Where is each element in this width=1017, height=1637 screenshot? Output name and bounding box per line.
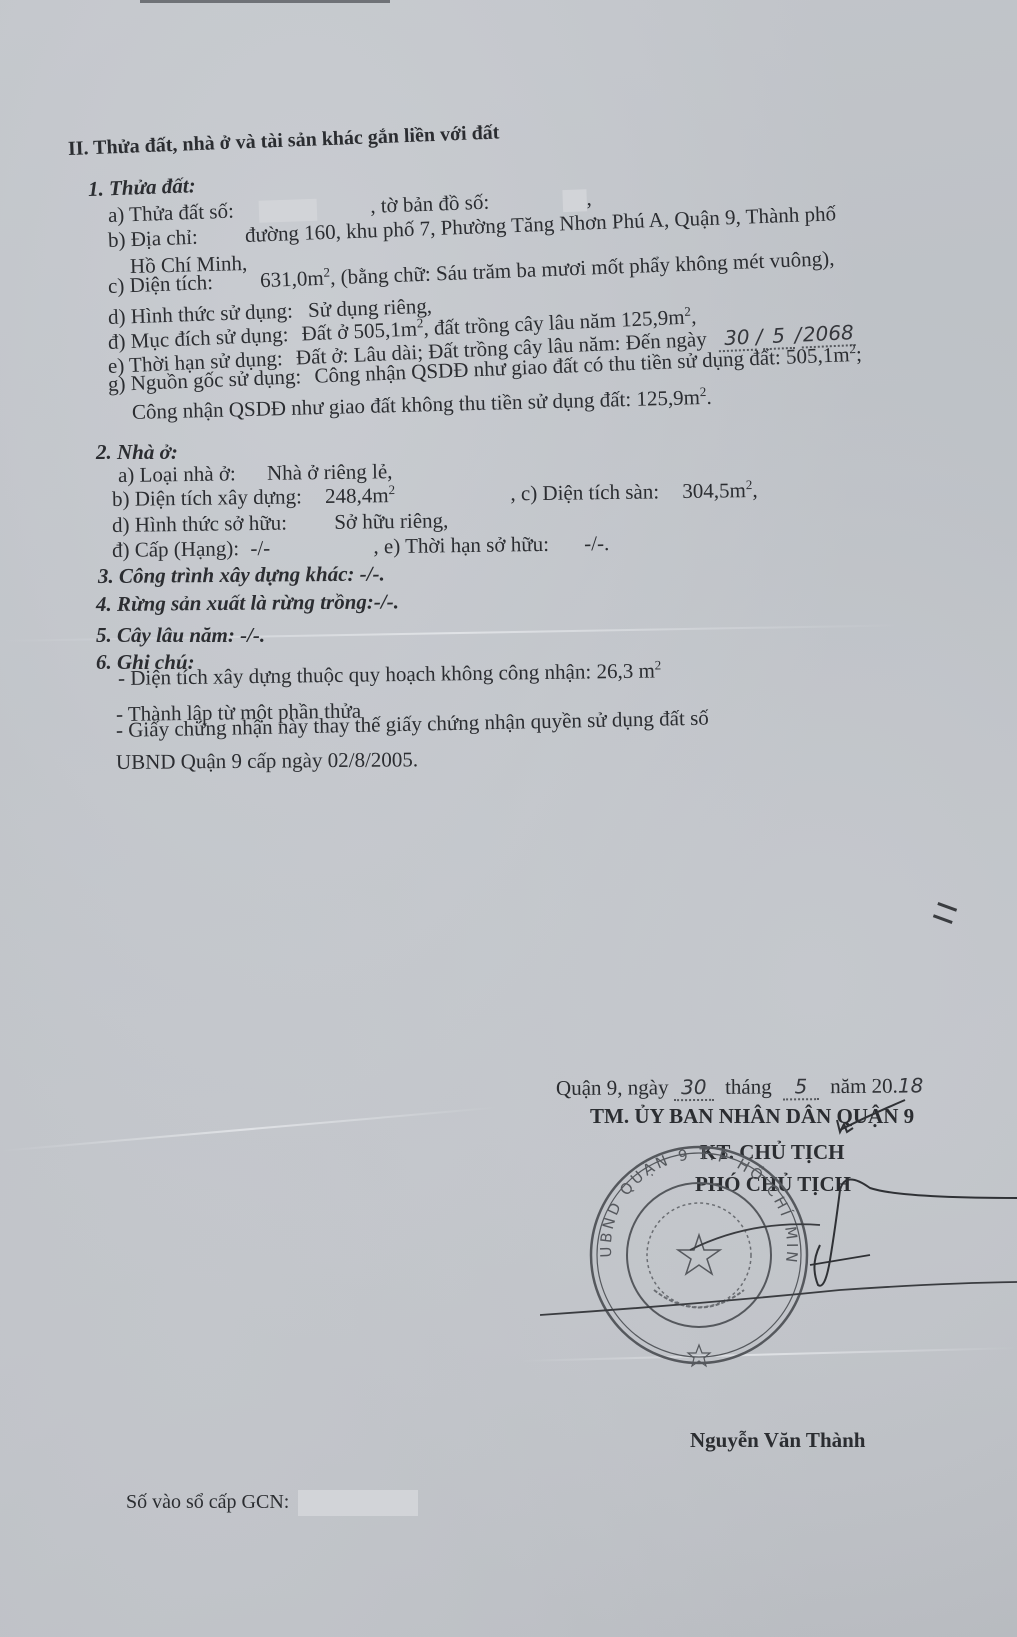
registry-row: Số vào sổ cấp GCN: [126,1490,418,1516]
grade-value: -/- [250,536,270,560]
ownership-term-value: -/-. [584,531,609,555]
ownership-term-label: , e) Thời hạn sở hữu: [373,532,549,558]
floor-area-value: 304,5m2, [682,478,758,503]
page-top-edge [140,0,390,3]
area-label: c) Diện tích: [108,270,214,298]
house-heading: 2. Nhà ở: [96,440,178,464]
note-item: - Diện tích xây dựng thuộc quy hoạch khô… [118,658,662,690]
registry-label: Số vào sổ cấp GCN: [126,1491,289,1513]
floor-area-label: , c) Diện tích sàn: [510,479,659,505]
section-heading: II. Thửa đất, nhà ở và tài sản khác gắn … [68,120,500,161]
production-forest: 4. Rừng sản xuất là rừng trồng:-/-. [96,589,399,616]
area-value: 631,0m2 [260,265,331,292]
land-heading: 1. Thửa đất: [88,173,196,201]
ownership-form-row: d) Hình thức sở hữu: Sở hữu riêng, [112,508,449,537]
fold-crease [0,1106,498,1152]
signer-name: Nguyễn Văn Thành [690,1428,865,1452]
ownership-form-label: d) Hình thức sở hữu: [112,511,287,537]
parcel-number-redacted [259,199,318,223]
other-construction: 3. Công trình xây dựng khác: -/-. [98,561,385,588]
construction-area-value: 248,4m2 [325,483,395,508]
map-sheet-suffix: , [586,186,592,210]
certificate-page: II. Thửa đất, nhà ở và tài sản khác gắn … [0,0,1017,1637]
map-sheet-number-redacted [562,189,587,212]
note-continuation: UBND Quận 9 cấp ngày 02/8/2005. [116,747,418,774]
house-type-value: Nhà ở riêng lẻ, [267,459,393,485]
construction-area-label: b) Diện tích xây dựng: [112,484,302,511]
grade-label: đ) Cấp (Hạng): [112,536,239,562]
map-sheet-label: , tờ bản đồ số: [370,190,490,218]
registry-number-redacted [298,1490,418,1516]
parcel-label: a) Thửa đất số: [108,199,235,227]
ink-mark [933,902,957,924]
ownership-form-value: Sở hữu riêng, [334,508,448,534]
address-label: b) Địa chỉ: [108,225,199,252]
house-type-label: a) Loại nhà ở: [118,461,236,487]
perennial-trees: 5. Cây lâu năm: -/-. [96,623,265,647]
handwritten-signature-icon [540,1090,1017,1330]
area-words: , (bằng chữ: Sáu trăm ba mươi mốt phẩy k… [330,246,835,289]
